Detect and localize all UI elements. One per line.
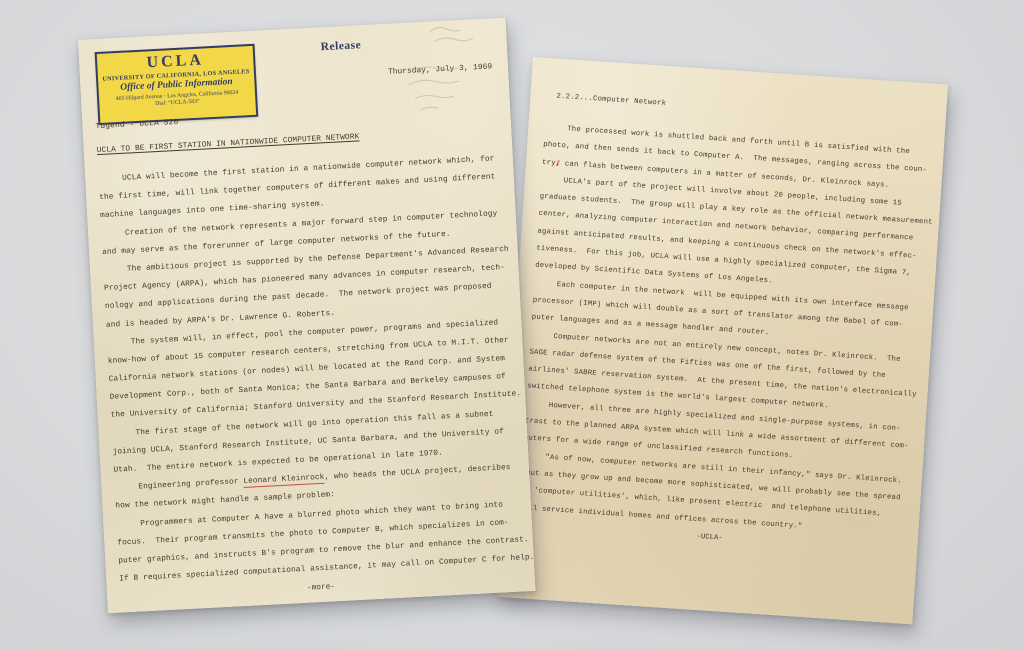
kleinrock-name: Leonard Kleinrock bbox=[243, 474, 325, 488]
photo-background: 2.2.2...Computer Network The processed w… bbox=[0, 0, 1024, 650]
faint-handwriting-icon bbox=[402, 59, 485, 121]
press-release-page: UCLA UNIVERSITY OF CALIFORNIA, LOS ANGEL… bbox=[78, 18, 535, 614]
report-page: 2.2.2...Computer Network The processed w… bbox=[497, 57, 948, 624]
report-body-text: The processed work is shuttled back and … bbox=[518, 120, 936, 543]
letterhead-box: UCLA UNIVERSITY OF CALIFORNIA, LOS ANGEL… bbox=[95, 44, 259, 125]
release-label: Release bbox=[320, 39, 361, 53]
press-release-body: UCLA will become the first station in a … bbox=[98, 150, 528, 589]
faint-handwriting-icon bbox=[426, 20, 497, 52]
kleinrock-prefix: Engineering professor bbox=[114, 478, 243, 493]
section-header: 2.2.2...Computer Network bbox=[556, 93, 666, 108]
headline: UCLA TO BE FIRST STATION IN NATIONWIDE C… bbox=[97, 133, 360, 155]
body-part-1: UCLA will become the first station in a … bbox=[98, 150, 523, 480]
